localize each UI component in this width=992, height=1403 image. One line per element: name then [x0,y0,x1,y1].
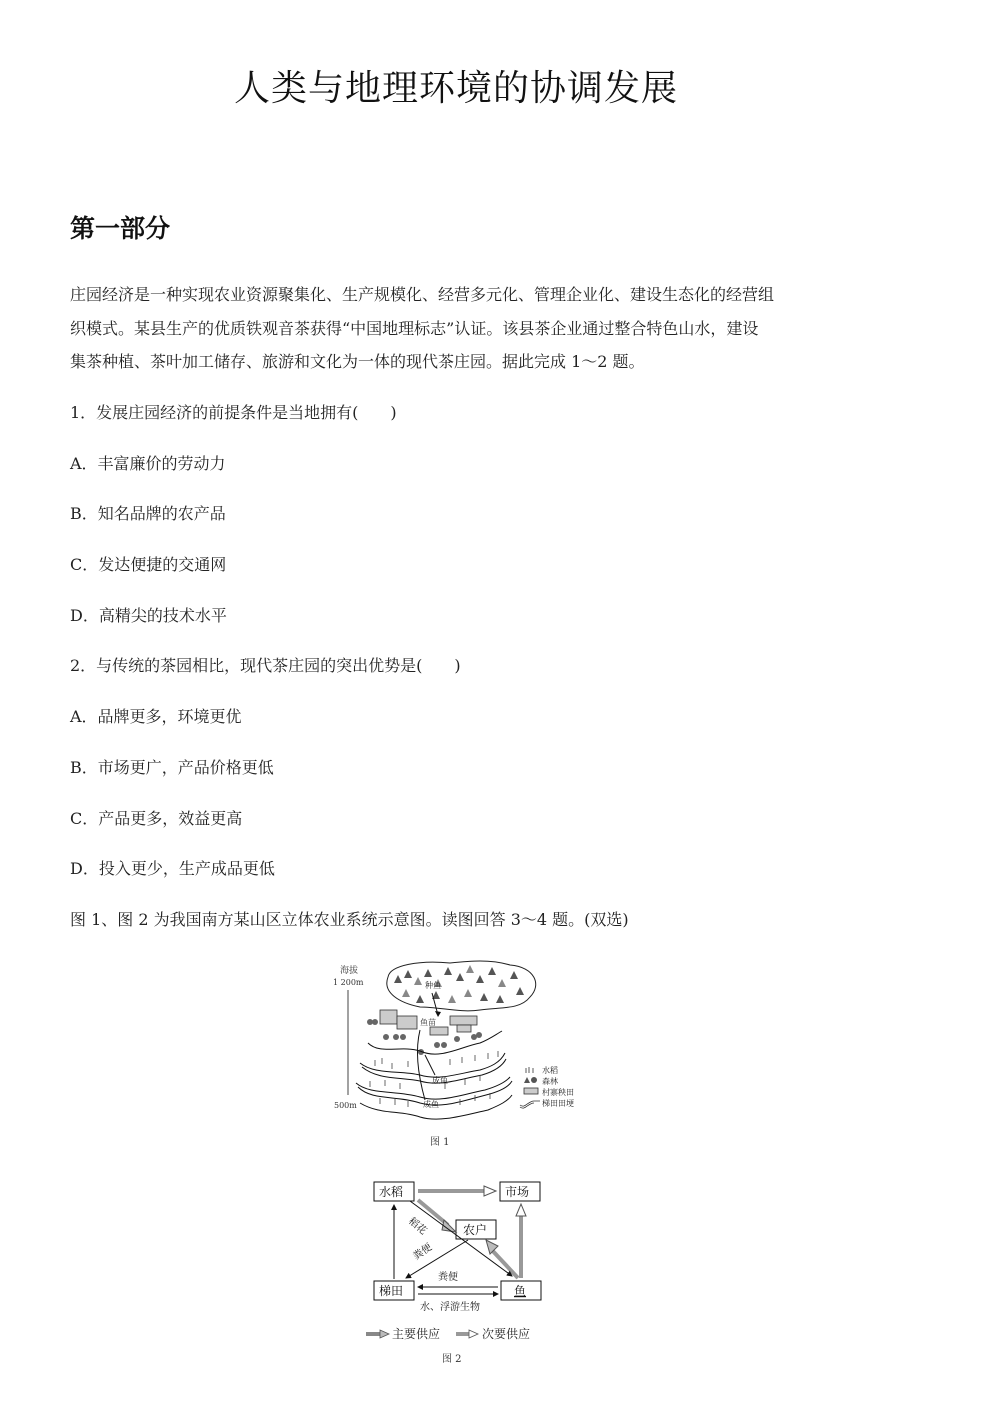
svg-text:主要供应: 主要供应 [392,1326,440,1341]
altitude-bottom-label: 500m [334,1101,357,1110]
label-water-plankton: 水、浮游生物 [420,1300,480,1313]
svg-text:水稻: 水稻 [542,1065,558,1075]
option-b: B．市场更广，产品价格更低 [70,755,274,778]
label-adult-fish-2: 成鱼 [423,1099,439,1109]
figure-intro: 图 1、图 2 为我国南方某山区立体农业系统示意图。读图回答 3～4 题。(双选… [70,907,629,930]
arrow-rice-fish [410,1201,512,1276]
option-b: B．知名品牌的农产品 [70,501,226,524]
rice-icon [526,1067,533,1073]
altitude-label: 海拔 [340,964,358,976]
svg-text:梯田: 梯田 [379,1283,403,1298]
figure2-legend: 主要供应 次要供应 [366,1326,530,1341]
option-a: A．丰富廉价的劳动力 [70,451,226,474]
altitude-top-label: 1 200m [333,978,364,987]
svg-text:梯田田埂: 梯田田埂 [542,1098,574,1108]
label-fry: 鱼苗 [420,1017,436,1027]
question-stem: 1．发展庄园经济的前提条件是当地拥有( ) [70,400,397,423]
section-heading: 第一部分 [70,209,170,245]
village-field-icon [524,1088,538,1094]
svg-text:村寨秧田: 村寨秧田 [542,1087,574,1097]
forest-boundary [387,961,536,1011]
option-d: D．投入更少，生产成品更低 [70,856,275,879]
svg-text:次要供应: 次要供应 [482,1326,530,1341]
option-c: C．产品更多，效益更高 [70,806,242,829]
option-c: C．发达便捷的交通网 [70,552,226,575]
label-adult-fish-1: 成鱼 [432,1075,448,1085]
village-field [450,1016,477,1025]
svg-text:农户: 农户 [463,1222,487,1237]
option-a: A．品牌更多，环境更优 [70,704,242,727]
village-field [457,1025,471,1032]
page-title: 人类与地理环境的协调发展 [0,60,912,111]
label-manure-1: 粪便 [410,1240,434,1262]
question-stem: 2．与传统的茶园相比，现代茶庄园的突出优势是( ) [70,653,461,676]
paragraph-line: 织模式。某县生产的优质铁观音茶获得“中国地理标志”认证。该县茶企业通过整合特色山… [70,316,758,339]
paragraph-line: 庄园经济是一种实现农业资源聚集化、生产规模化、经营多元化、管理企业化、建设生态化… [70,282,774,305]
village-field [430,1027,448,1035]
option-d: D．高精尖的技术水平 [70,603,227,626]
figure2-caption: 图 2 [442,1353,462,1365]
village-field [397,1016,417,1029]
svg-text:市场: 市场 [505,1184,529,1199]
svg-text:水稻: 水稻 [379,1184,403,1199]
figure1-legend: 水稻 森林 村寨秧田 梯田田埂 [520,1065,574,1108]
forest-icon [524,1077,537,1083]
village-field [380,1010,397,1024]
terrace-ridge-icon [520,1101,540,1108]
figure1-caption: 图 1 [430,1136,450,1148]
figure-2: 水稻 市场 农户 梯田 鱼 稻花 粪便 粪便 水、浮游生物 [360,1170,560,1370]
label-seed-fish: 种鱼 [425,980,441,990]
svg-text:鱼: 鱼 [514,1284,526,1298]
forest-trees [394,965,524,1003]
svg-text:森林: 森林 [542,1076,558,1086]
paragraph-line: 集茶种植、茶叶加工储存、旅游和文化为一体的现代茶庄园。据此完成 1～2 题。 [70,349,645,372]
label-manure-2: 粪便 [438,1270,458,1283]
label-rice-flower: 稻花 [406,1214,430,1237]
figure-1: 海拔 1 200m 500m 种鱼 鱼苗 [320,955,620,1155]
